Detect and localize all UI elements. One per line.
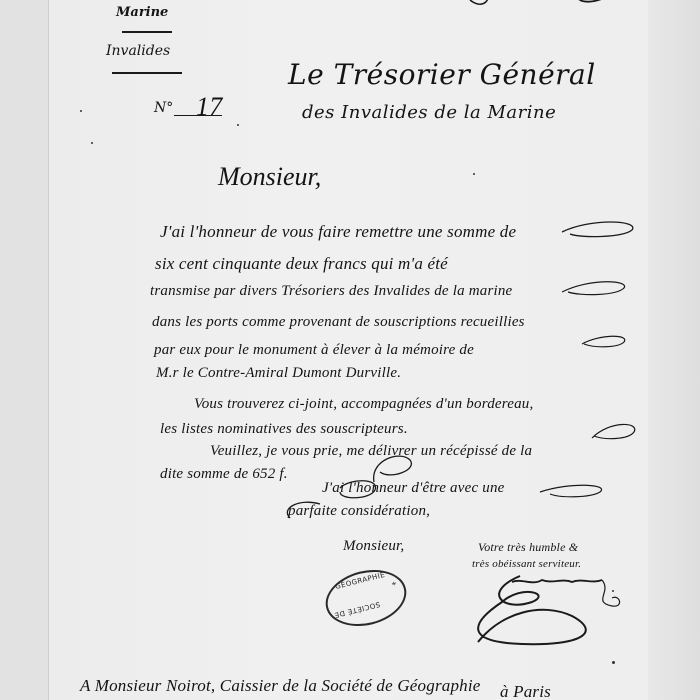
masthead-section: Invalides [106, 43, 170, 59]
body-line-2: six cent cinquante deux francs qui m'a é… [155, 254, 448, 274]
scan-speck [91, 142, 93, 144]
scan-speck [237, 124, 239, 126]
body-line-8: les listes nominatives des souscripteurs… [160, 421, 408, 438]
stamp-bottom-text: SOCIÉTÉ DE [333, 600, 381, 619]
body-line-10: dite somme de 652 f. [160, 466, 288, 483]
body-line-3: transmise par divers Trésoriers des Inva… [150, 283, 512, 300]
closing-line-1: J'ai l'honneur d'être avec une [322, 480, 505, 497]
line-flourish-3 [580, 330, 630, 354]
masthead-department: Marine [116, 5, 168, 20]
scan-speck [612, 590, 614, 592]
masthead-rule-1 [122, 31, 172, 33]
line-flourish-4 [590, 418, 640, 448]
number-value: 17 [196, 92, 222, 122]
stamp-star-icon: * [391, 579, 398, 590]
addressee-right-fragment: à Paris [500, 682, 551, 700]
background-edge [648, 0, 700, 700]
body-line-7: Vous trouverez ci-joint, accompagnées d'… [194, 396, 533, 413]
scan-speck [473, 173, 475, 175]
scan-speck [612, 661, 615, 664]
signature [462, 572, 632, 652]
number-label: N° [154, 100, 173, 116]
document-scan: Marine Invalides N° 17 Le Trésorier Géné… [0, 0, 700, 700]
salutation: Monsieur, [218, 162, 321, 192]
masthead-title: Le Trésorier Général [288, 58, 596, 91]
closing-address: Monsieur, [343, 538, 404, 555]
masthead-subtitle: des Invalides de la Marine [302, 102, 556, 123]
signoff-line-2: très obéissant serviteur. [472, 558, 581, 570]
closing-line-2: parfaite considération, [288, 503, 430, 520]
body-line-1: J'ai l'honneur de vous faire remettre un… [160, 222, 516, 242]
signoff-line-1: Votre très humble & [478, 540, 578, 555]
body-line-6: M.r le Contre-Amiral Dumont Durville. [156, 365, 401, 382]
body-line-4: dans les ports comme provenant de souscr… [152, 314, 525, 331]
line-flourish-1 [560, 214, 640, 244]
addressee-line: A Monsieur Noirot, Caissier de la Sociét… [80, 676, 481, 696]
scan-speck [80, 110, 82, 112]
top-flourish [470, 0, 610, 20]
body-line-5: par eux pour le monument à élever à la m… [154, 342, 474, 359]
line-flourish-2 [560, 276, 630, 300]
masthead-rule-2 [112, 72, 182, 74]
